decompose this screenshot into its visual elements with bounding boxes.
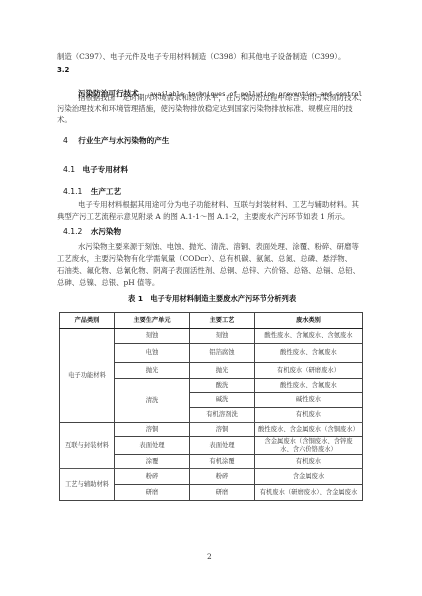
section-4-1-1-title: 生产工艺 [91, 187, 121, 196]
process-cell: 刻蚀 [190, 329, 255, 344]
section-4-1-2-heading: 4.1.2 水污染物 [63, 226, 121, 237]
para-4-1-2-line-1: 水污染物主要来源于刻蚀、电蚀、抛光、清洗、溶铜、表面处理、涂覆、粉碎、研磨等 [78, 241, 359, 252]
process-cell: 抛光 [190, 363, 255, 379]
wastewater-table: 产品类别 主要生产单元 主要工艺 废水类别 电子功能材料 刻蚀 刻蚀 酸性废水、… [59, 312, 363, 501]
unit-cell: 溶铜 [115, 423, 190, 437]
intro-line: 制造（C397）、电子元件及电子专用材料制造（C398）和其他电子设备制造（C3… [57, 51, 345, 62]
wastewater-cell: 酸性废水、含氟废水、含氨废水 [255, 329, 363, 344]
definition-line-1: 指根据我国一定时期内环境需求和经济水平，在污染防治过程中综合采用污染预防技术、 [78, 92, 366, 103]
category-cell: 电子功能材料 [60, 329, 115, 423]
unit-cell: 清洗 [115, 379, 190, 423]
para-4-1-2-line-2: 工艺废水，主要污染物有化学需氧量（CODcr）、总有机碳、氨氮、总氮、总磷、悬浮… [57, 253, 352, 264]
section-4-1-heading: 4.1 电子专用材料 [63, 164, 128, 175]
process-cell: 铝箔腐蚀 [190, 344, 255, 363]
process-cell: 表面处理 [190, 437, 255, 455]
header-product-category: 产品类别 [60, 313, 115, 329]
process-cell: 有机涂覆 [190, 455, 255, 469]
wastewater-cell: 碱性废水 [255, 393, 363, 408]
definition-line-2: 污染治理技术和环境管理措施，使污染物排放稳定达到国家污染物排放标准、规模应用的技 [57, 103, 353, 114]
section-4-1-title: 电子专用材料 [83, 165, 129, 174]
wastewater-cell: 有机废水 [255, 455, 363, 469]
unit-cell: 电蚀 [115, 344, 190, 363]
category-cell: 工艺与辅助材料 [60, 469, 115, 501]
section-4-heading: 4 行业生产与水污染物的产生 [63, 135, 169, 146]
para-4-1-2-line-3: 石油类、氟化物、总氰化物、阴离子表面活性剂、总铜、总锌、六价铬、总铬、总镉、总铅… [57, 265, 360, 276]
para-4-1-2-line-4: 总砷、总镍、总银、pH 值等。 [57, 277, 159, 288]
header-process: 主要工艺 [190, 313, 255, 329]
wastewater-cell: 酸性废水、含氟废水 [255, 344, 363, 363]
unit-cell: 研磨 [115, 485, 190, 501]
process-cell: 研磨 [190, 485, 255, 501]
wastewater-cell: 酸性废水、含氟废水 [255, 379, 363, 393]
unit-cell: 刻蚀 [115, 329, 190, 344]
process-cell: 碱洗 [190, 393, 255, 408]
wastewater-cell: 含金属废水（含铜废水、含锌废水、含六价铬废水） [255, 437, 363, 455]
process-cell: 溶铜 [190, 423, 255, 437]
section-4-1-1-number: 4.1.1 [63, 187, 82, 196]
table-header-row: 产品类别 主要生产单元 主要工艺 废水类别 [60, 313, 363, 329]
table-caption: 表 1 电子专用材料制造主要废水产污环节分析列表 [128, 294, 296, 304]
page-number: 2 [207, 552, 212, 561]
unit-cell: 抛光 [115, 363, 190, 379]
category-cell: 互联与封装材料 [60, 423, 115, 469]
wastewater-cell: 有机废水（研磨废水） [255, 363, 363, 379]
wastewater-cell: 酸性废水、含金属废水（含铜废水） [255, 423, 363, 437]
header-wastewater-type: 废水类别 [255, 313, 363, 329]
process-cell: 粉碎 [190, 469, 255, 485]
section-4-1-2-number: 4.1.2 [63, 227, 82, 236]
section-4-number: 4 [63, 136, 68, 145]
section-4-1-2-title: 水污染物 [91, 227, 121, 236]
process-cell: 有机溶剂洗 [190, 408, 255, 423]
header-production-unit: 主要生产单元 [115, 313, 190, 329]
unit-cell: 表面处理 [115, 437, 190, 455]
para-4-1-1-line-1: 电子专用材料根据其用途可分为电子功能材料、互联与封装材料、工艺与辅助材料。其 [78, 199, 359, 210]
unit-cell: 粉碎 [115, 469, 190, 485]
definition-line-3: 术。 [57, 114, 72, 125]
table-row: 电子功能材料 刻蚀 刻蚀 酸性废水、含氟废水、含氨废水 [60, 329, 363, 344]
section-4-1-number: 4.1 [63, 165, 75, 174]
section-4-title: 行业生产与水污染物的产生 [78, 136, 169, 145]
table-row: 互联与封装材料 溶铜 溶铜 酸性废水、含金属废水（含铜废水） [60, 423, 363, 437]
section-3-2-number: 3.2 [57, 66, 69, 74]
wastewater-cell: 有机废水 [255, 408, 363, 423]
unit-cell: 涂覆 [115, 455, 190, 469]
section-4-1-1-heading: 4.1.1 生产工艺 [63, 186, 121, 197]
wastewater-cell: 含金属废水 [255, 469, 363, 485]
wastewater-cell: 有机废水（研磨废水）、含金属废水 [255, 485, 363, 501]
process-cell: 酸洗 [190, 379, 255, 393]
table-row: 工艺与辅助材料 粉碎 粉碎 含金属废水 [60, 469, 363, 485]
para-4-1-1-line-2: 典型产污工艺流程示意见附录 A 的图 A.1-1～图 A.1-2，主要废水产污环… [57, 211, 349, 222]
